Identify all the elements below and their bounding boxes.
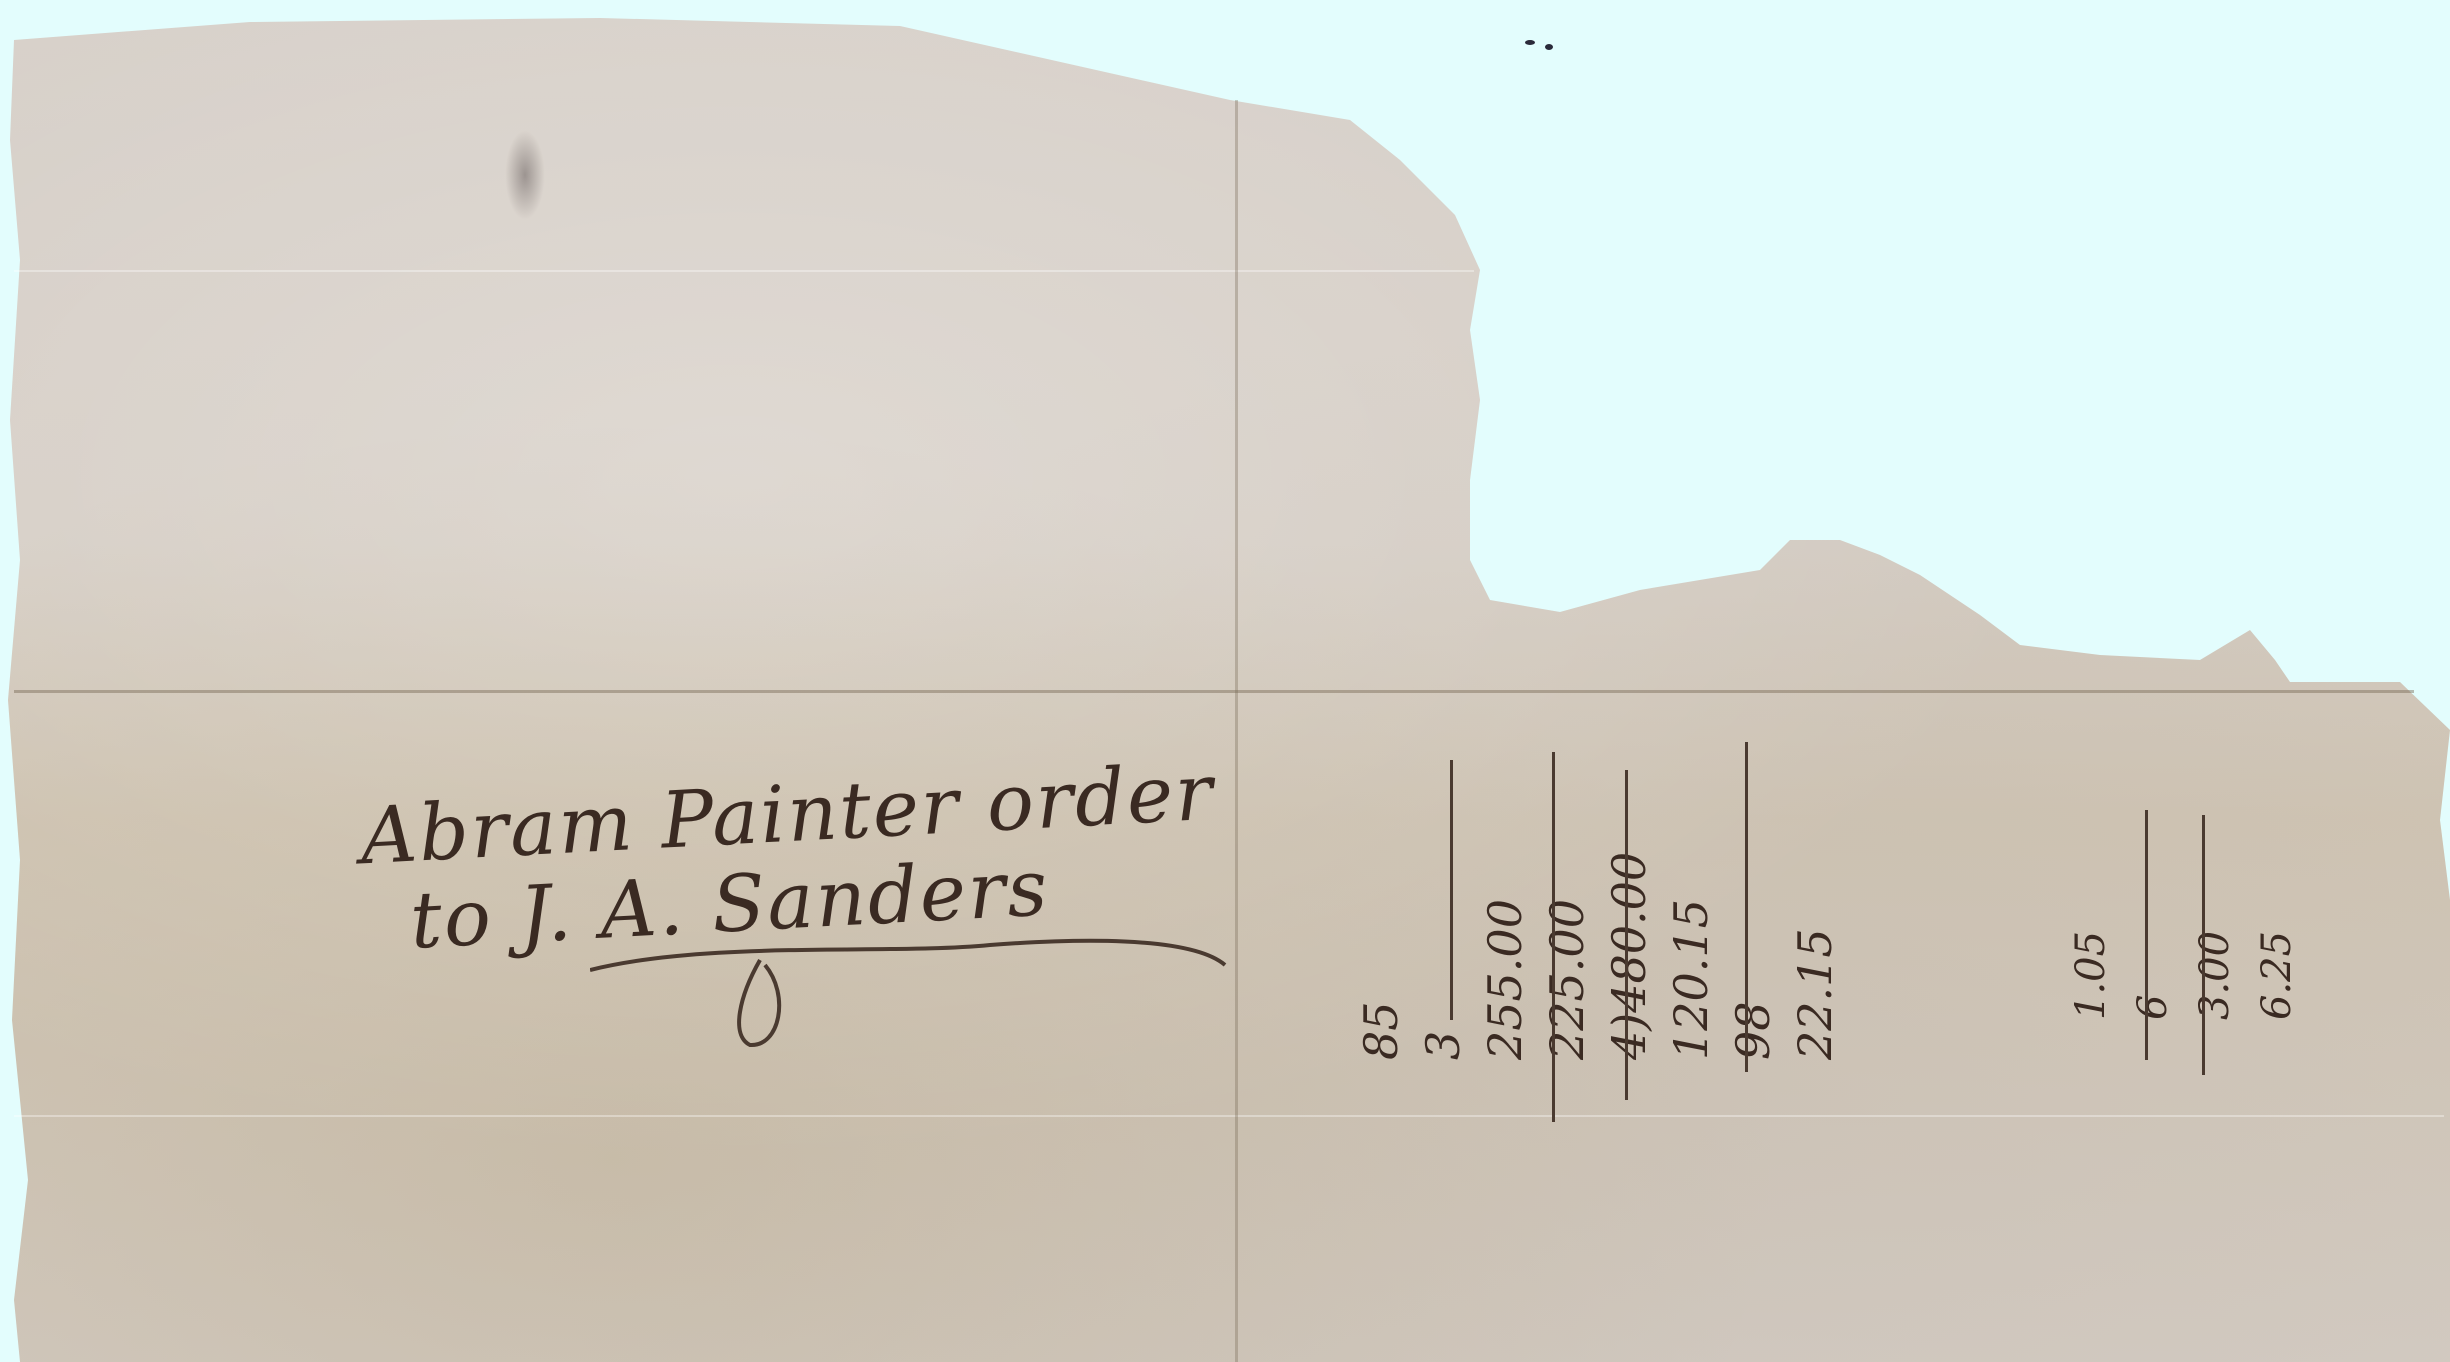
calc-divider-line (2202, 815, 2205, 1075)
calc-divider-line (1745, 742, 1748, 1072)
calc-divider-line (2145, 810, 2148, 1060)
calc-divider-line (1450, 760, 1453, 1020)
calc-row: 255.00 (1474, 852, 1536, 1060)
calc-row: 120.15 (1660, 852, 1722, 1060)
signature-flourish (590, 935, 1230, 1055)
calc-row: 3.00 (2184, 931, 2246, 1020)
calc-row: 225.00 (1536, 852, 1598, 1060)
upper-fold-crease (14, 270, 1474, 272)
calculation-left: 85 3 255.00 225.00 4)480.00 120.15 98 22… (1350, 852, 1846, 1060)
vertical-fold-line (1235, 100, 1238, 1362)
calc-row: 85 (1350, 852, 1412, 1060)
ink-speck (1545, 44, 1553, 50)
calc-divider-line (1625, 770, 1628, 1100)
ink-smudge (505, 130, 545, 220)
torn-paper-sheet (0, 0, 2450, 1362)
calculation-right: 1.05 6 3.00 6.25 (2060, 931, 2308, 1020)
calc-row: 6 (2122, 931, 2184, 1020)
calc-row: 98 (1722, 852, 1784, 1060)
calc-divider-line (1552, 752, 1555, 1122)
lower-fold-crease (14, 1115, 2444, 1117)
horizontal-fold-line (14, 690, 2414, 693)
calc-row: 4)480.00 (1598, 852, 1660, 1060)
calc-row: 1.05 (2060, 931, 2122, 1020)
calc-row: 22.15 (1784, 852, 1846, 1060)
ink-speck (1525, 40, 1535, 45)
calc-row: 6.25 (2246, 931, 2308, 1020)
calc-row: 3 (1412, 852, 1474, 1060)
